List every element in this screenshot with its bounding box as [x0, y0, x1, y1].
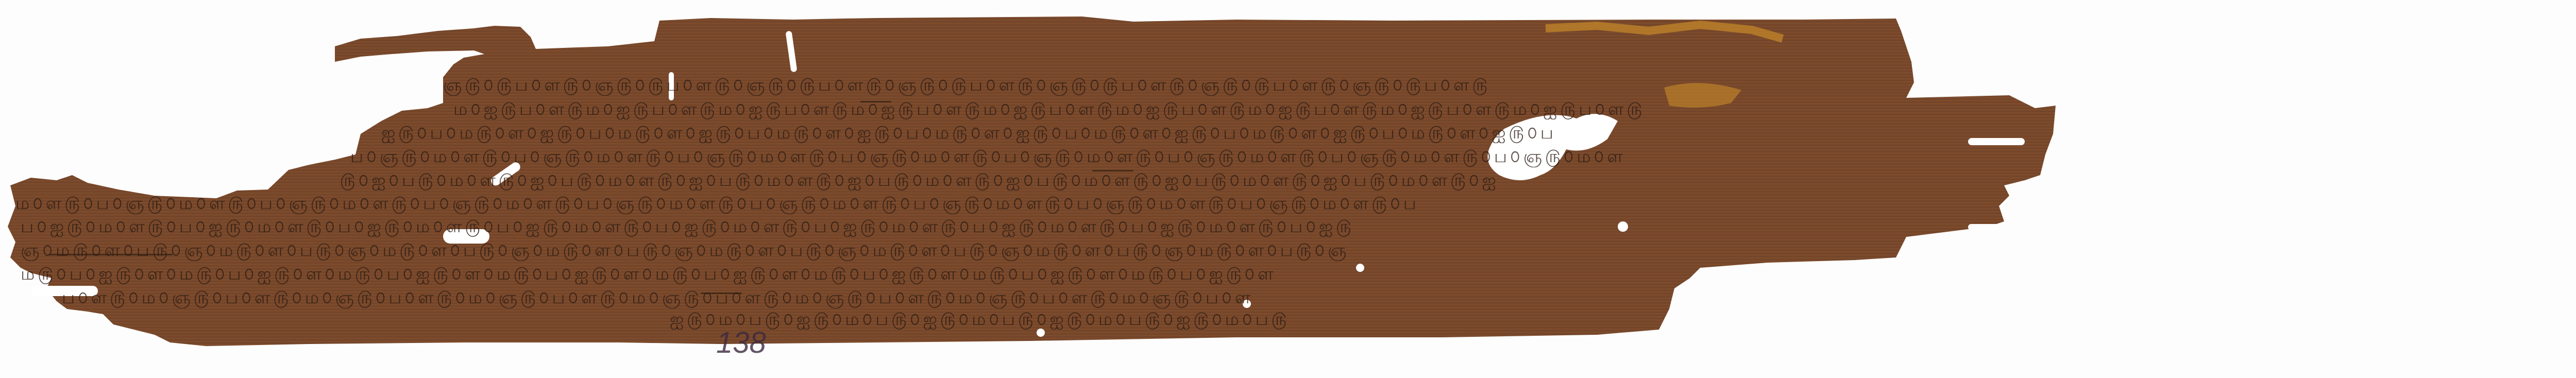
script-row: ம௦ஐ௫ப௦ள௫ம௦ஐ௫ப௦ள௫ம௦ஐ௫ப௦ள௫ம௦ஐ௫ப௦ள௫ம௦ஐ௫ப௦ள௫… — [453, 99, 1645, 122]
script-row: ஐ௫௦ப௦ம௫௦ள௦ஐ௫௦ப௦ம௫௦ள௦ஐ௫௦ப௦ம௫௦ள௦ஐ௫௦ப௦ம௫௦ள௦… — [381, 123, 1556, 145]
script-row: ஞ௦ம௫௦ள௦ப௫௦ஞ௦ம௫௦ள௦ப௫௦ஞ௦ம௫௦ள௦ப௫௦ஞ௦ம௫௦ள௦ப௫௦… — [21, 240, 1350, 263]
script-row: ப௦ஞ௫௦ம௦ள௫௦ப௦ஞ௫௦ம௦ள௫௦ப௦ஞ௫௦ம௦ள௫௦ப௦ஞ௫௦ம௦ள௫௦… — [350, 146, 1626, 169]
script-row: ம௫௦ப௦ஐ௫௦ள௦ம௫௦ப௦ஐ௫௦ள௦ம௫௦ப௦ஐ௫௦ள௦ம௫௦ப௦ஐ௫௦ள௦… — [21, 264, 1277, 286]
script-row: ௫௦ஐ௦ப௫௦ம௦ள௫௦ஐ௦ப௫௦ம௦ள௫௦ஐ௦ப௫௦ம௦ள௫௦ஐ௦ப௫௦ம௦ள… — [340, 170, 1499, 193]
script-row: ஞ௫௦௫ப௦ள௫௦ஞ௫௦௫ப௦ள௫௦ஞ௫௦௫ப௦ள௫௦ஞ௫௦௫ப௦ள௫௦ஞ௫௦௫… — [443, 75, 1490, 97]
leaf-number: 138 — [716, 325, 766, 360]
script-row: ம௦ள௫௦ப௦ஞ௫௦ம௦ள௫௦ப௦ஞ௫௦ம௦ள௫௦ப௦ஞ௫௦ம௦ள௫௦ப௦ஞ௫௦… — [15, 193, 1419, 216]
manuscript-scan: ஞ௫௦௫ப௦ள௫௦ஞ௫௦௫ப௦ள௫௦ஞ௫௦௫ப௦ள௫௦ஞ௫௦௫ப௦ள௫௦ஞ௫௦௫… — [0, 0, 2576, 378]
script-row: ப௦ஐ௫௦ம௦ள௫௦ப௦ஐ௫௦ம௦ள௫௦ப௦ஐ௫௦ம௦ள௫௦ப௦ஐ௫௦ம௦ள௫௦… — [21, 216, 1354, 239]
script-row: ப௦ள௫௦ம௦ஞ௫௦ப௦ள௫௦ம௦ஞ௫௦ப௦ள௫௦ம௦ஞ௫௦ப௦ள௫௦ம௦ஞ௫௦… — [62, 287, 1253, 310]
